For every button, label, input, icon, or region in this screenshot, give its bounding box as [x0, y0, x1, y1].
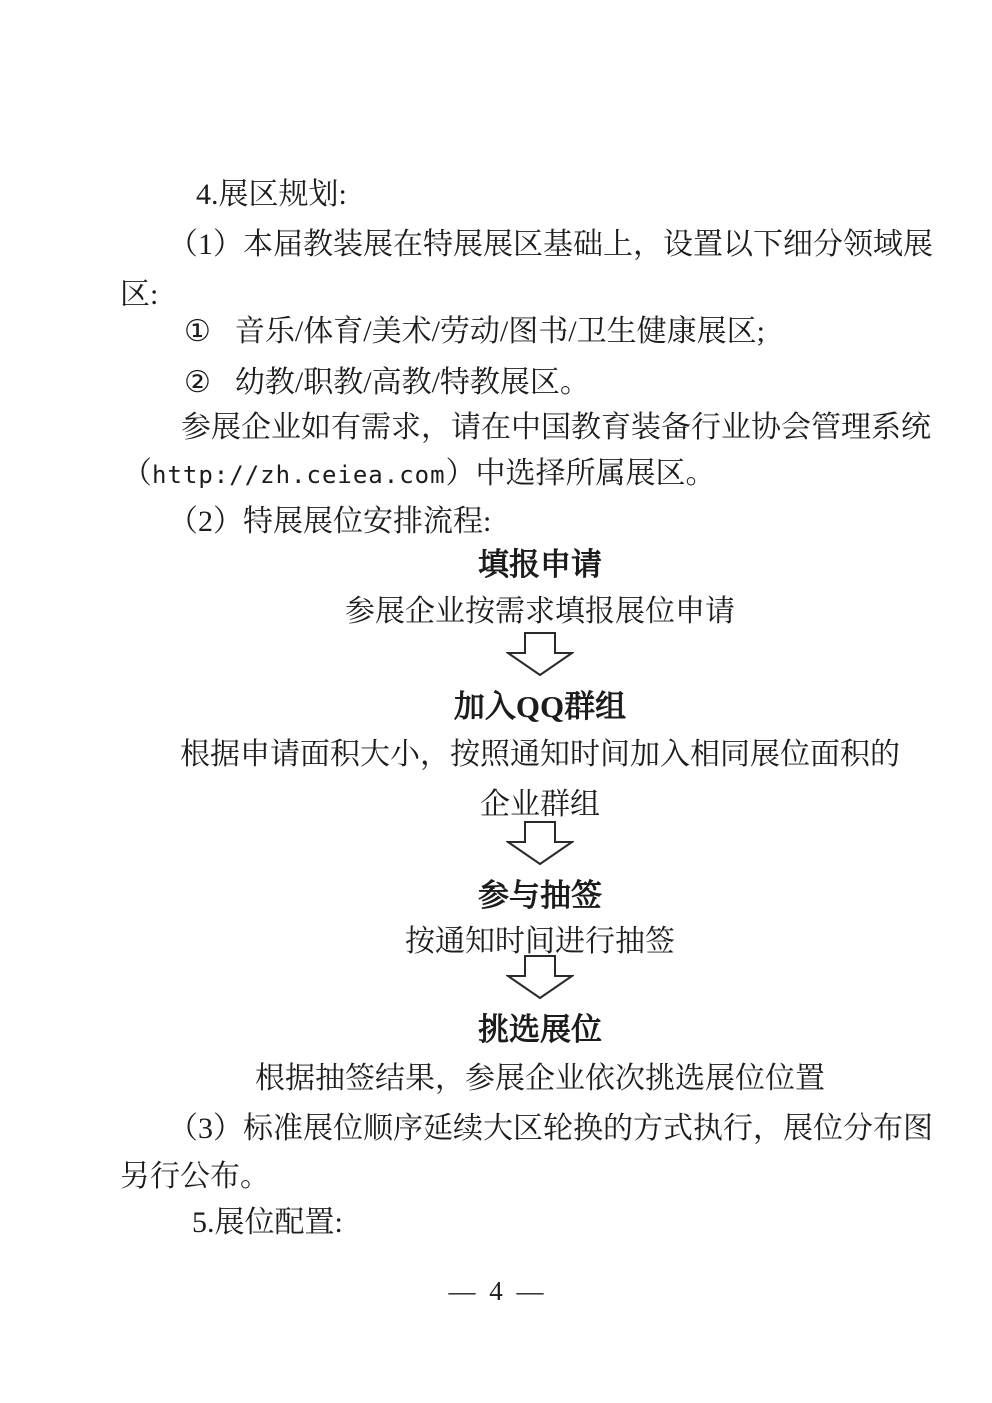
note-line-1: 参展企业如有需求，请在中国教育装备行业协会管理系统 — [181, 409, 931, 447]
flow-step-1-desc: 参展企业按需求填报展位申请 — [88, 593, 992, 631]
flow-step-4-title: 挑选展位 — [88, 1011, 992, 1049]
point-2-heading: （2）特展展位安排流程: — [168, 503, 491, 541]
flow-step-2-desc-1: 根据申请面积大小，按照通知时间加入相同展位面积的 — [88, 736, 992, 774]
flow-arrow — [88, 821, 992, 866]
zone-list-item: ①音乐/体育/美术/劳动/图书/卫生健康展区; — [184, 313, 765, 351]
point-1-line-1: （1）本届教装展在特展展区基础上，设置以下细分领域展 — [168, 226, 933, 264]
zone-list-item: ②幼教/职教/高教/特教展区。 — [184, 364, 590, 402]
flow-step-4-desc: 根据抽签结果，参展企业依次挑选展位位置 — [88, 1060, 992, 1098]
point-3-line-1: （3）标准展位顺序延续大区轮换的方式执行，展位分布图 — [168, 1110, 933, 1148]
page-number: — 4 — — [0, 1276, 992, 1307]
down-arrow-icon — [506, 632, 574, 677]
url-paren-open: （ — [122, 457, 152, 490]
flow-step-2-title: 加入QQ群组 — [88, 688, 992, 726]
url-paren-close: ） — [446, 457, 476, 490]
url-text: http://zh.ceiea.com — [152, 461, 446, 489]
down-arrow-icon — [506, 821, 574, 866]
down-arrow-icon — [506, 955, 574, 1000]
flow-step-2-desc-2: 企业群组 — [88, 786, 992, 824]
zone-2-marker: ② — [184, 364, 211, 402]
note-line-2: （http://zh.ceiea.com）中选择所属展区。 — [122, 455, 716, 494]
zone-2-text: 幼教/职教/高教/特教展区。 — [235, 366, 590, 399]
section-4-heading: 4.展区规划: — [196, 176, 347, 214]
zone-1-text: 音乐/体育/美术/劳动/图书/卫生健康展区; — [235, 315, 765, 348]
point-3-line-2: 另行公布。 — [120, 1158, 270, 1196]
flow-arrow — [88, 632, 992, 677]
document-page: 4.展区规划: （1）本届教装展在特展展区基础上，设置以下细分领域展 区: ①音… — [0, 0, 992, 1403]
zone-1-marker: ① — [184, 313, 211, 351]
flow-arrow — [88, 955, 992, 1000]
note-line-2-rest: 中选择所属展区。 — [476, 457, 716, 490]
section-5-heading: 5.展位配置: — [192, 1204, 343, 1242]
flow-step-3-title: 参与抽签 — [88, 877, 992, 915]
flow-step-1-title: 填报申请 — [88, 546, 992, 584]
point-1-line-2: 区: — [120, 276, 158, 314]
